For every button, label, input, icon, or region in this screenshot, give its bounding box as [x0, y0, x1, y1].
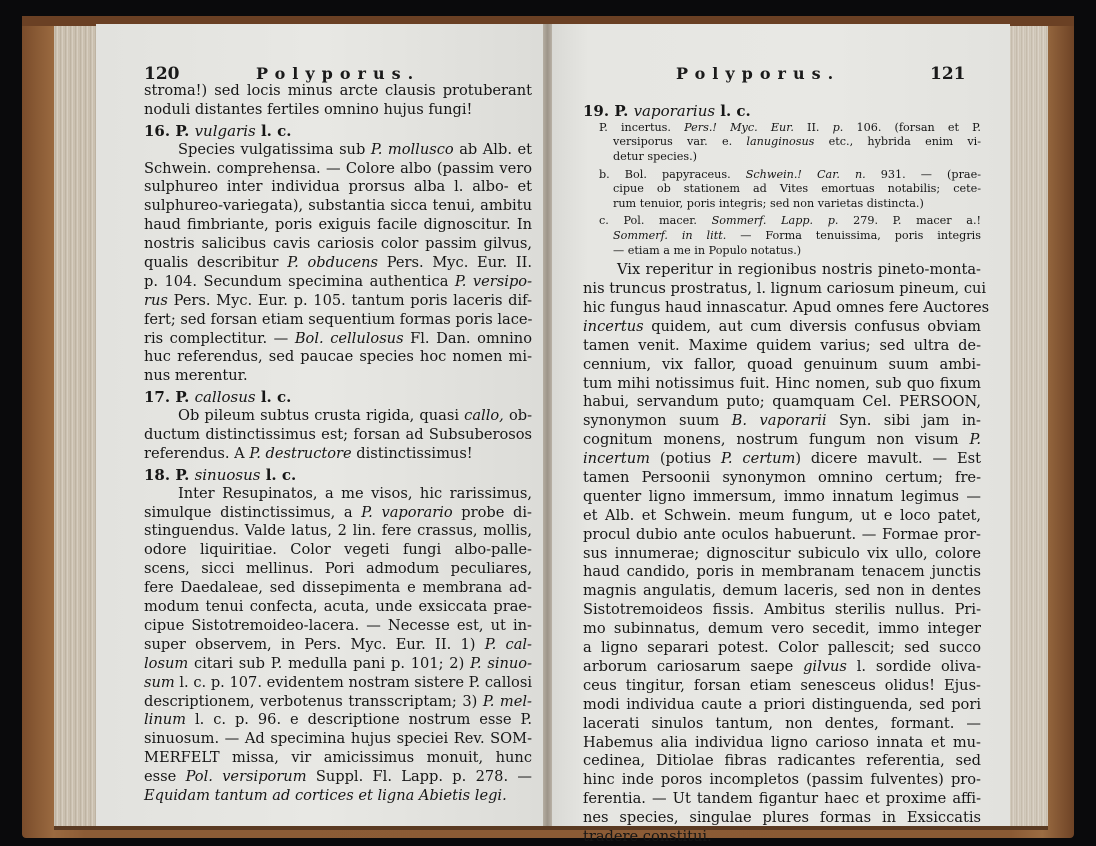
- text-line: super observem, in Pers. Myc. Eur. II. 1…: [144, 636, 532, 655]
- text-line: tum mihi notissimus fuit. Hinc nomen, su…: [583, 375, 981, 394]
- page-edges-left: [54, 26, 96, 828]
- page-number: 120: [144, 64, 180, 84]
- synonym-line: rum tenuior, poris integris; sed non var…: [591, 197, 981, 212]
- text-line: qualis describitur P. obducens Pers. Myc…: [144, 254, 532, 273]
- text-line: referendus. A P. destructore distinctiss…: [144, 445, 532, 464]
- text-line: synonymon suum B. vaporarii Syn. sibi ja…: [583, 412, 981, 431]
- synonym-line: P. incertus. Pers.! Myc. Eur. II. p. 106…: [591, 121, 981, 136]
- text-line: Sistotremoideos fissis. Ambitus sterilis…: [583, 601, 981, 620]
- text-line: procul dubio ante oculos habuerunt. — Fo…: [583, 526, 981, 545]
- text-line: tradere constitui.: [583, 828, 981, 846]
- text-line: et Alb. et Schwein. meum fungum, ut e lo…: [583, 507, 981, 526]
- text-line: ferentia. — Ut tandem figantur haec et p…: [583, 790, 981, 809]
- text-line: cipue Sistotremoideo-lacera. — Necesse e…: [144, 617, 532, 636]
- text-line: odore liquiritiae. Color vegeti fungi al…: [144, 541, 532, 560]
- text-line: tamen venit. Maxime quidem varius; sed u…: [583, 337, 981, 356]
- synonym-line: — etiam a me in Populo notatus.): [591, 244, 981, 259]
- text-line: sus innumerae; dignoscitur subiculo vix …: [583, 545, 981, 564]
- text-line: nostris salicibus cavis cariosis color p…: [144, 235, 532, 254]
- text-line: sinuosum. — Ad specimina hujus speciei R…: [144, 730, 532, 749]
- synonym-line: b. Bol. papyraceus. Schwein.! Car. n. 93…: [591, 168, 981, 183]
- text-line: modum tenui confecta, acuta, unde exsicc…: [144, 598, 532, 617]
- text-line: hinc inde poros incompletos (passim fulv…: [583, 771, 981, 790]
- text-line: haud candido, poris in membranam tenacem…: [583, 563, 981, 582]
- text-line: cennium, vix fallor, quoad genuinum suum…: [583, 356, 981, 375]
- text-line: Species vulgatissima sub P. mollusco ab …: [144, 141, 532, 160]
- left-page: 120 Polyporus. stroma!) sed locis minus …: [96, 24, 543, 828]
- text-line: losum citari sub P. medulla pani p. 101;…: [144, 655, 532, 674]
- right-page-body: 19. P. vaporarius l. c. P. incertus. Per…: [583, 100, 981, 846]
- book-gutter: [543, 24, 552, 828]
- text-line: Equidam tantum ad cortices et ligna Abie…: [144, 787, 532, 806]
- species-heading: 17. P. callosus l. c.: [144, 388, 532, 407]
- text-line: nis truncus prostratus, l. lignum carios…: [583, 280, 981, 299]
- text-line: incertum (potius P. certum) dicere mavul…: [583, 450, 981, 469]
- text-line: a ligno separari potest. Color pallescit…: [583, 639, 981, 658]
- text-line: mo subinnatus, demum vero secedit, immo …: [583, 620, 981, 639]
- synonym-entry: P. incertus. Pers.! Myc. Eur. II. p. 106…: [583, 121, 981, 165]
- text-line: huc referendus, sed paucae species hoc n…: [144, 348, 532, 367]
- page-number: 121: [930, 64, 966, 84]
- text-line: Ob pileum subtus crusta rigida, quasi ca…: [144, 407, 532, 426]
- synonym-entry: b. Bol. papyraceus. Schwein.! Car. n. 93…: [583, 168, 981, 212]
- text-line: fere Daedaleae, sed dissepimenta e membr…: [144, 579, 532, 598]
- species-heading: 16. P. vulgaris l. c.: [144, 122, 532, 141]
- running-head: Polyporus.: [676, 64, 840, 83]
- text-line: ceus tingitur, forsan etiam senesceus ol…: [583, 677, 981, 696]
- text-line: Schwein. comprehensa. — Colore albo (pas…: [144, 160, 532, 179]
- text-line: magnis angulatis, demum laceris, sed non…: [583, 582, 981, 601]
- synonym-line: cipue ob stationem ad Vites emortuas not…: [591, 182, 981, 197]
- book-bottom-edge: [54, 826, 1048, 830]
- text-line: sum l. c. p. 107. evidentem nostram sist…: [144, 674, 532, 693]
- text-line: lacerati sinulos tantum, non dentes, for…: [583, 715, 981, 734]
- text-line: fert; sed forsan etiam sequentium formas…: [144, 311, 532, 330]
- text-line: linum l. c. p. 96. e descriptione nostru…: [144, 711, 532, 730]
- synonym-line: c. Pol. macer. Sommerf. Lapp. p. 279. P.…: [591, 214, 981, 229]
- text-line: stinguendus. Valde latus, 2 lin. fere cr…: [144, 522, 532, 541]
- species-heading: 18. P. sinuosus l. c.: [144, 466, 532, 485]
- right-page: Polyporus. 121 19. P. vaporarius l. c. P…: [552, 24, 1010, 828]
- synonym-entry: c. Pol. macer. Sommerf. Lapp. p. 279. P.…: [583, 214, 981, 258]
- text-line: tamen Persoonii synonymon omnino certum;…: [583, 469, 981, 488]
- text-line: scens, sicci mellinus. Pori admodum pecu…: [144, 560, 532, 579]
- text-line: hic fungus haud innascatur. Apud omnes f…: [583, 299, 981, 318]
- text-line: stroma!) sed locis minus arcte clausis p…: [144, 82, 532, 101]
- text-line: habui, servandum puto; quamquam Cel. PER…: [583, 393, 981, 412]
- text-line: ductum distinctissimus est; forsan ad Su…: [144, 426, 532, 445]
- text-line: haud fimbriante, poris exiguis facile di…: [144, 216, 532, 235]
- text-line: sulphureo inter individua prorsus alba l…: [144, 178, 532, 197]
- text-line: descriptionem, verbotenus transscriptam;…: [144, 693, 532, 712]
- text-line: Vix reperitur in regionibus nostris pine…: [583, 261, 981, 280]
- text-line: Inter Resupinatos, a me visos, hic raris…: [144, 485, 532, 504]
- page-edges-right: [1010, 26, 1048, 828]
- text-line: noduli distantes fertiles omnino hujus f…: [144, 101, 532, 120]
- text-line: sulphureo-variegata), substantia sicca t…: [144, 197, 532, 216]
- text-line: cedinea, Ditiolae fibras radicantes refe…: [583, 752, 981, 771]
- text-line: ris complectitur. — Bol. cellulosus Fl. …: [144, 330, 532, 349]
- text-line: modi individua caute a priori distinguen…: [583, 696, 981, 715]
- text-line: arborum cariosarum saepe gilvus l. sordi…: [583, 658, 981, 677]
- left-page-body: stroma!) sed locis minus arcte clausis p…: [144, 82, 532, 806]
- synonym-line: versiporus var. e. lanuginosus etc., hyb…: [591, 135, 981, 150]
- text-line: cognitum monens, nostrum fungum non visu…: [583, 431, 981, 450]
- text-line: esse Pol. versiporum Suppl. Fl. Lapp. p.…: [144, 768, 532, 787]
- text-line: rus Pers. Myc. Eur. p. 105. tantum poris…: [144, 292, 532, 311]
- synonym-line: Sommerf. in litt. — Forma tenuissima, po…: [591, 229, 981, 244]
- text-line: quenter ligno immersum, immo innatum leg…: [583, 488, 981, 507]
- text-line: Habemus alia individua ligno carioso inn…: [583, 734, 981, 753]
- text-line: nus merentur.: [144, 367, 532, 386]
- running-head: Polyporus.: [256, 64, 420, 83]
- text-line: incertus quidem, aut cum diversis confus…: [583, 318, 981, 337]
- text-line: MERFELT missa, vir amicissimus monuit, h…: [144, 749, 532, 768]
- species-description: Vix reperitur in regionibus nostris pine…: [583, 261, 981, 846]
- synonym-line: detur species.): [591, 150, 981, 165]
- text-line: simulque distinctissimus, a P. vaporario…: [144, 504, 532, 523]
- species-heading: 19. P. vaporarius l. c.: [583, 102, 981, 121]
- text-line: p. 104. Secundum specimina authentica P.…: [144, 273, 532, 292]
- synonym-list: P. incertus. Pers.! Myc. Eur. II. p. 106…: [583, 121, 981, 258]
